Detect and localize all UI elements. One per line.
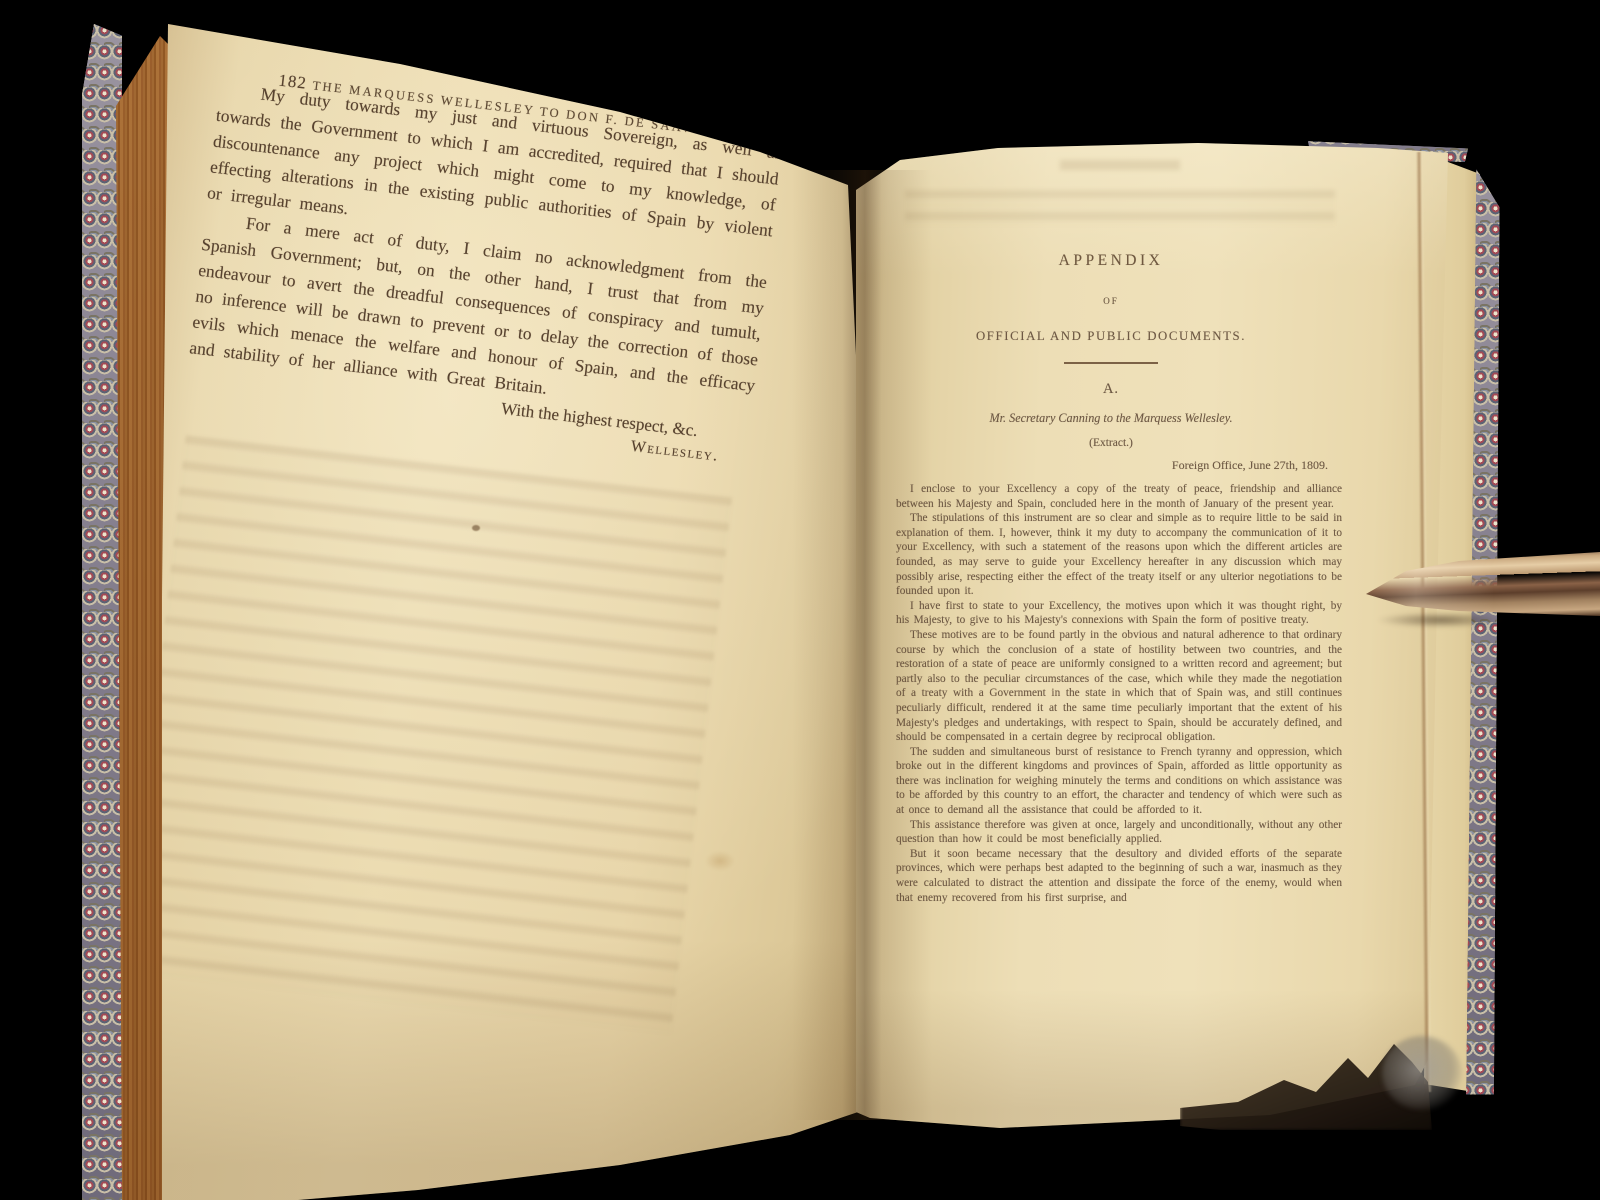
right-paragraph: These motives are to be found partly in … — [896, 628, 1342, 745]
extract-label: (Extract.) — [882, 437, 1340, 449]
right-paragraph: This assistance therefore was given at o… — [896, 818, 1342, 847]
right-paragraph: The stipulations of this instrument are … — [896, 511, 1342, 599]
pointer-shadow — [1376, 612, 1506, 628]
show-through-text — [905, 190, 1335, 226]
section-rule — [1064, 362, 1158, 364]
left-page-body: My duty towards my just and virtuous Sov… — [188, 76, 783, 424]
appendix-of: OF — [882, 296, 1340, 306]
show-through-text — [125, 435, 733, 1034]
letter-title: Mr. Secretary Canning to the Marquess We… — [882, 411, 1340, 426]
right-page-body: I enclose to your Excellency a copy of t… — [896, 482, 1342, 905]
right-paragraph: The sudden and simultaneous burst of res… — [896, 745, 1342, 818]
right-page: APPENDIX OF OFFICIAL AND PUBLIC DOCUMENT… — [850, 138, 1486, 1128]
show-through-text — [1060, 160, 1180, 170]
appendix-subheading: OFFICIAL AND PUBLIC DOCUMENTS. — [882, 329, 1340, 344]
right-paragraph: But it soon became necessary that the de… — [896, 847, 1342, 905]
page-number: 182 — [277, 71, 308, 94]
left-page: 182 THE MARQUESS WELLESLEY TO DON F. DE … — [160, 18, 860, 1200]
ink-speck — [472, 525, 480, 531]
corner-smudge — [1382, 1036, 1462, 1110]
right-paragraph: I have first to state to your Excellency… — [896, 599, 1342, 628]
section-letter: A. — [882, 381, 1340, 398]
book-photo: 182 THE MARQUESS WELLESLEY TO DON F. DE … — [0, 0, 1600, 1200]
marbled-board-left — [82, 24, 122, 1200]
right-paragraph: I enclose to your Excellency a copy of t… — [896, 482, 1342, 511]
left-page-content: 182 THE MARQUESS WELLESLEY TO DON F. DE … — [119, 64, 785, 1035]
dateline: Foreign Office, June 27th, 1809. — [882, 458, 1340, 473]
right-page-content: APPENDIX OF OFFICIAL AND PUBLIC DOCUMENT… — [882, 238, 1340, 905]
foxing-spot — [705, 851, 735, 871]
appendix-heading: APPENDIX — [882, 252, 1340, 270]
